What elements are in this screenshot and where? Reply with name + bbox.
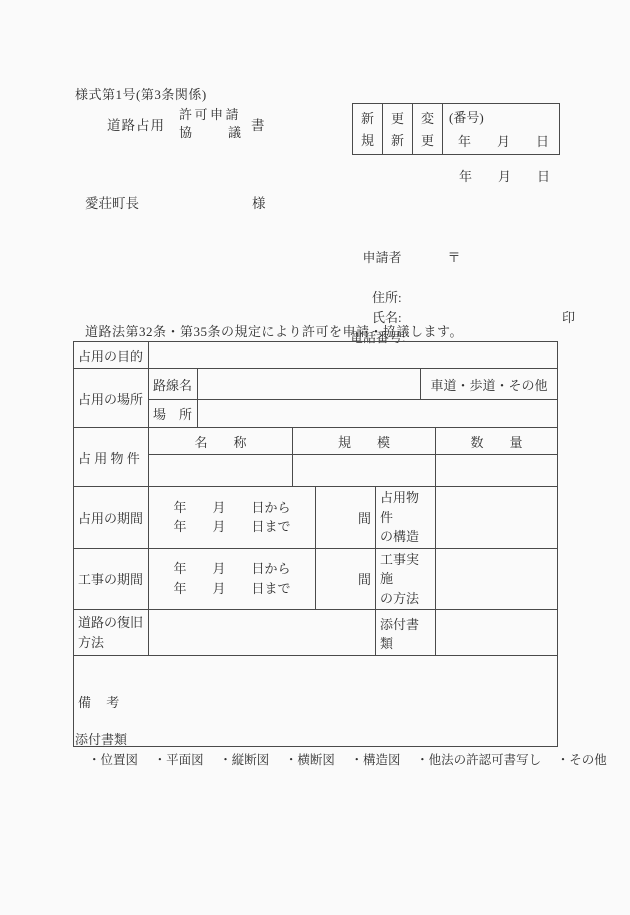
applicant-address-line: 住所: [372,288,558,308]
applicant-label-line: 申請者〒 [343,228,558,288]
location-value-cell [198,400,558,428]
object-scale-header-cell: 規 模 [293,428,436,455]
occupation-interval-cell: 間 [316,487,376,549]
status-option-change-char1: 変 [421,108,434,127]
occupation-period-label-cell: 占用の期間 [74,487,149,549]
object-quantity-value-cell [436,455,558,487]
method-value-cell [436,548,558,610]
postal-mark: 〒 [448,250,461,265]
route-value-cell [198,369,421,400]
restore-label-cell: 道路の復旧 方法 [74,610,149,656]
title-stack: 許可申請 協 議 [179,106,241,142]
object-label-cell: 占 用 物 件 [74,428,149,487]
attached-docs-label-cell: 添付書類 [376,610,436,656]
status-option-renewal-char1: 更 [391,108,404,127]
purpose-label-cell: 占用の目的 [74,342,149,369]
structure-value-cell [436,487,558,549]
title-stack-bottom-right: 議 [228,124,241,142]
construction-period-dates-cell: 年 月 日から 年 月 日まで [149,548,316,610]
title-suffix: 書 [251,114,265,134]
permit-number-cell: (番号) 年 月 日 [443,104,559,154]
occupation-period-dates-cell: 年 月 日から 年 月 日まで [149,487,316,549]
structure-label-cell: 占用物件 の構造 [376,487,436,549]
construction-interval-cell: 間 [316,548,376,610]
declaration-sentence: 道路法第32条・第35条の規定により許可を申請・協議します。 [85,321,463,340]
address-label: 住所: [372,290,402,305]
remarks-cell: 備 考 [74,656,558,747]
status-option-renewal: 更 新 [383,104,413,154]
object-name-header-cell: 名 称 [149,428,293,455]
method-label-cell: 工事実施 の方法 [376,548,436,610]
status-option-change-char2: 更 [421,130,434,149]
attached-docs-value-cell [436,610,558,656]
status-option-new-char1: 新 [361,108,374,127]
purpose-value-cell [149,342,558,369]
permit-number-label: (番号) [449,107,484,126]
status-number-box: 新 規 更 新 変 更 (番号) 年 月 日 [352,103,560,155]
application-date-line: 年 月 日 [459,166,550,185]
status-option-new-char2: 規 [361,130,374,149]
object-quantity-header-cell: 数 量 [436,428,558,455]
attachments-title: 添付書類 [75,729,127,748]
location-label-cell: 場 所 [149,400,198,428]
permit-date-placeholder: 年 月 日 [458,131,549,150]
status-option-change: 変 更 [413,104,443,154]
title-stack-top: 許可申請 [179,107,241,122]
object-name-value-cell [149,455,293,487]
addressee-line: 愛荘町長様 [85,192,266,212]
road-occupation-application-form: 様式第1号(第3条関係) 道路占用 許可申請 協 議 書 新 規 更 新 変 更… [0,0,630,915]
road-type-cell: 車道・歩道・その他 [421,369,558,400]
addressee-name: 愛荘町長 [85,196,139,211]
form-title: 道路占用 許可申請 協 議 書 [107,106,265,142]
addressee-honorific: 様 [252,196,266,211]
object-scale-value-cell [293,455,436,487]
restore-value-cell [149,610,376,656]
construction-period-label-cell: 工事の期間 [74,548,149,610]
form-number: 様式第1号(第3条関係) [75,84,207,103]
status-option-new: 新 規 [353,104,383,154]
attachments-list: ・位置図 ・平面図 ・縦断図 ・横断図 ・構造図 ・他法の許認可書写し ・その他 [88,750,607,768]
title-stack-bottom-left: 協 [179,124,192,142]
application-table: 占用の目的 占用の場所 路線名 車道・歩道・その他 場 所 占 用 物 件 名 … [73,341,558,747]
applicant-label: 申請者 [363,250,402,265]
route-label-cell: 路線名 [149,369,198,400]
title-prefix: 道路占用 [107,114,165,134]
seal-label: 印 [562,308,575,328]
title-stack-bottom: 協 議 [179,124,241,142]
place-label-cell: 占用の場所 [74,369,149,428]
status-option-renewal-char2: 新 [391,130,404,149]
